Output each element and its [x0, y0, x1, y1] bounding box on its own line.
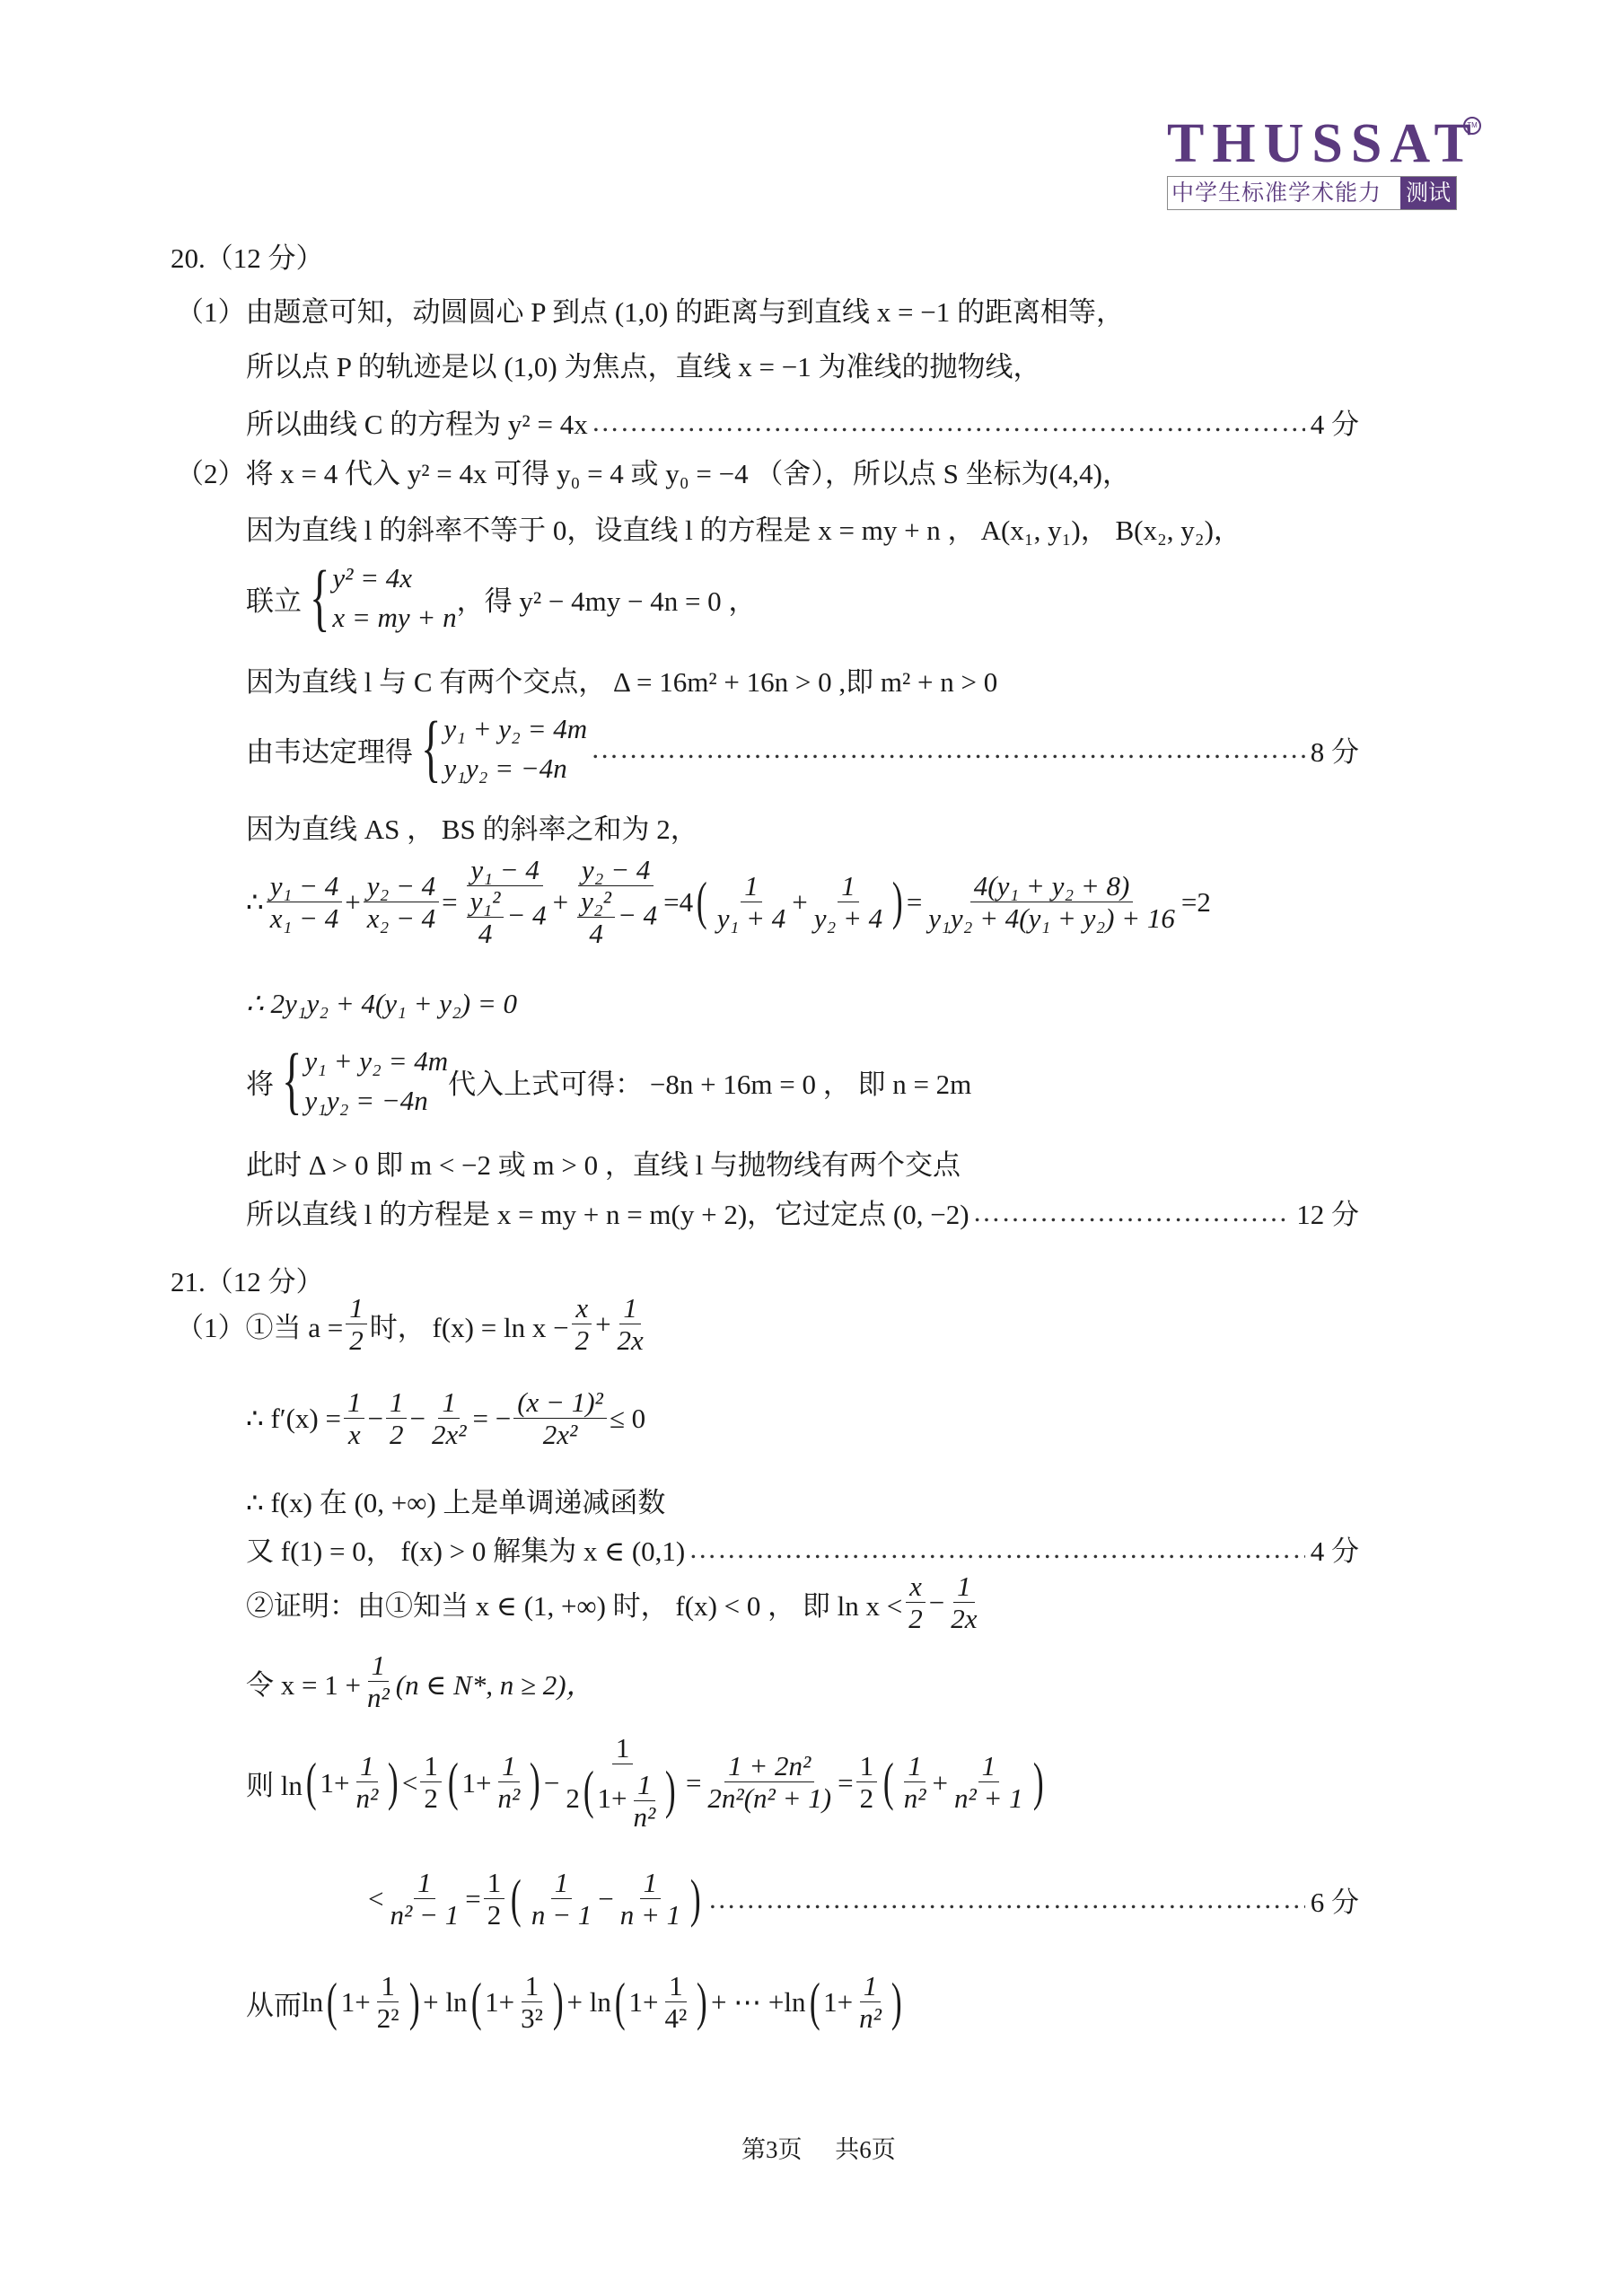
- fraction: 12x²: [428, 1387, 470, 1451]
- dot-leader: ……………………………………………………………………………………………………………: [689, 1533, 1305, 1565]
- text: 令 x = 1 +: [246, 1662, 361, 1702]
- fraction: 12: [856, 1751, 878, 1815]
- score-mark: 4 分: [1311, 1528, 1359, 1569]
- fraction: 12(1+1n²): [562, 1733, 683, 1833]
- system-row: y₁ + y₂ = 4m: [443, 709, 587, 749]
- p20-part1-line1: （1）由题意可知，动圆圆心 P 到点 (1,0) 的距离与到直线 x = −1 …: [176, 289, 1124, 330]
- fraction: 4(y₁ + y₂ + 8)y₁y₂ + 4(y₁ + y₂) + 16: [925, 871, 1179, 935]
- fraction: y₂ − 4y₂²4− 4: [571, 855, 661, 950]
- fraction: 12: [420, 1751, 442, 1815]
- p20-slope-equation: ∴ y₁ − 4x₁ − 4+ y₂ − 4x₂ − 4= y₁ − 4y₁²4…: [246, 855, 1211, 950]
- system-row: x = my + n: [332, 598, 456, 638]
- text: <: [402, 1767, 417, 1799]
- therefore-symbol: ∴: [246, 886, 264, 919]
- coefficient: 4: [680, 886, 694, 919]
- fraction: 12: [346, 1293, 367, 1357]
- fraction: x2: [905, 1571, 926, 1635]
- fraction: 1n²: [364, 1650, 393, 1714]
- trademark-icon: TM: [1463, 117, 1481, 135]
- text: 由韦达定理得: [246, 729, 413, 770]
- text: +: [595, 1308, 610, 1341]
- p20-part2-line6: 因为直线 AS ， BS 的斜率之和为 2，: [246, 806, 698, 847]
- dot-leader: ……………………………………………………………………………………………………………: [591, 733, 1305, 765]
- fraction: y₁ − 4y₁²4− 4: [461, 855, 550, 950]
- text: ②证明：由①知当 x ∈ (1, +∞) 时， f(x) < 0 ， 即 ln …: [246, 1583, 902, 1623]
- system-row: y₁y₂ = −4n: [304, 1081, 448, 1121]
- text: 时， f(x) = ln x −: [370, 1305, 569, 1345]
- ellipsis: + ⋯ +: [711, 1986, 784, 2019]
- fraction: 12: [386, 1387, 408, 1451]
- text: （1）①当 a =: [176, 1305, 343, 1345]
- p21-line2: ∴ f′(x) = 1x− 12− 12x²= − (x − 1)²2x² ≤ …: [246, 1387, 645, 1451]
- score-mark: 6 分: [1311, 1879, 1359, 1920]
- p20-part2-line7: 将 { y₁ + y₂ = 4m y₁y₂ = −4n 代入上式可得： −8n …: [246, 1042, 971, 1121]
- system-row: y² = 4x: [332, 559, 456, 598]
- system-row: y₁y₂ = −4n: [443, 749, 587, 788]
- fraction: y₂ − 4x₂ − 4: [364, 871, 439, 935]
- page-total: 共6页: [835, 2136, 896, 2163]
- text: (n ∈ N*, n ≥ 2)，: [396, 1662, 594, 1702]
- p20-part2-line1: （2）将 x = 4 代入 y² = 4x 可得 y₀ = 4 或 y₀ = −…: [176, 451, 1130, 491]
- text: 则 ln: [246, 1763, 303, 1803]
- dot-leader: ……………………………………………………………………………………………………………: [592, 406, 1305, 438]
- p20-part2-line5: 由韦达定理得 { y₁ + y₂ = 4m y₁y₂ = −4n ……………………: [246, 709, 1359, 788]
- fraction: (x − 1)²2x²: [513, 1387, 607, 1451]
- text: ≤ 0: [610, 1403, 645, 1435]
- text: ，得 y² − 4my − 4n = 0 ，: [457, 578, 757, 619]
- p21-line3: ∴ f(x) 在 (0, +∞) 上是单调递减函数: [246, 1480, 665, 1520]
- text: 联立: [246, 578, 302, 619]
- fraction: 1n − 1: [528, 1868, 595, 1931]
- page-footer: 第3页 共6页: [741, 2130, 923, 2165]
- logo-subtitle-highlight: 测试: [1400, 177, 1456, 209]
- fraction: 1n² − 1: [386, 1868, 462, 1931]
- logo-subtitle-box: 中学生标准学术能力 测试: [1167, 176, 1457, 210]
- text: 又 f(1) = 0， f(x) > 0 解集为 x ∈ (0,1): [246, 1528, 685, 1569]
- p21-line9: 从而 ln(1+12²)+ ln(1+13²)+ ln(1+14²) + ⋯ +…: [246, 1971, 906, 2035]
- logo-subtitle: 中学生标准学术能力: [1168, 177, 1400, 209]
- curve-equation: 所以曲线 C 的方程为 y² = 4x: [246, 401, 588, 442]
- score-mark: 8 分: [1311, 729, 1359, 770]
- fraction: 1y₂ + 4: [811, 871, 886, 935]
- p20-part2-line8: 此时 Δ > 0 即 m < −2 或 m > 0 ，直线 l 与抛物线有两个交…: [246, 1142, 961, 1183]
- system-row: y₁ + y₂ = 4m: [304, 1042, 448, 1081]
- equation-system: { y₁ + y₂ = 4m y₁y₂ = −4n: [274, 1042, 448, 1121]
- fraction: 1x: [344, 1387, 365, 1451]
- p21-line8: < 1n² − 1= 12( 1n − 1− 1n + 1) …………………………: [368, 1868, 1359, 1931]
- p20-part2-line9: 所以直线 l 的方程是 x = my + n = m(y + 2)，它过定点 (…: [246, 1192, 1359, 1232]
- p20-part1-line3: 所以曲线 C 的方程为 y² = 4x ………………………………………………………: [246, 401, 1359, 442]
- fraction: 12x: [614, 1293, 647, 1357]
- score-mark: 12 分: [1296, 1192, 1359, 1232]
- text: 所以直线 l 的方程是 x = my + n = m(y + 2)，它过定点 (…: [246, 1192, 969, 1232]
- p21-line6: 令 x = 1 + 1n² (n ∈ N*, n ≥ 2)，: [246, 1650, 594, 1714]
- text: 将: [246, 1061, 274, 1102]
- score-mark: 4 分: [1311, 401, 1359, 442]
- result: 2: [1197, 886, 1211, 919]
- fraction: x2: [572, 1293, 593, 1357]
- fraction: 1n²: [900, 1751, 930, 1815]
- fraction: 1n²: [352, 1751, 382, 1815]
- equation-system: { y² = 4x x = my + n: [302, 559, 457, 638]
- page-number: 第3页: [741, 2136, 803, 2163]
- problem-20-header: 20.（12 分）: [171, 235, 324, 276]
- fraction: 1y₁ + 4: [714, 871, 789, 935]
- fraction: 14²: [662, 1971, 691, 2035]
- text: 代入上式可得： −8n + 16m = 0 ， 即 n = 2m: [448, 1061, 971, 1102]
- text: 从而: [246, 1983, 302, 2023]
- fraction: y₁ − 4x₁ − 4: [267, 871, 342, 935]
- fraction: 12²: [373, 1971, 403, 2035]
- equation-system: { y₁ + y₂ = 4m y₁y₂ = −4n: [413, 709, 587, 788]
- fraction: 12: [484, 1868, 505, 1931]
- fraction: 1n² + 1: [951, 1751, 1027, 1815]
- logo-wordmark: THUSSAT: [1167, 115, 1490, 172]
- p21-line5: ②证明：由①知当 x ∈ (1, +∞) 时， f(x) < 0 ， 即 ln …: [246, 1571, 983, 1635]
- p21-line4: 又 f(1) = 0， f(x) > 0 解集为 x ∈ (0,1) ………………: [246, 1528, 1359, 1569]
- p20-part2-line3: 联立 { y² = 4x x = my + n ，得 y² − 4my − 4n…: [246, 559, 756, 638]
- fraction: 1n²: [855, 1971, 885, 2035]
- p20-part2-line2: 因为直线 l 的斜率不等于 0，设直线 l 的方程是 x = my + n ， …: [246, 507, 1241, 548]
- p21-line7: 则 ln(1+ 1n²) < 12(1+ 1n²)− 12(1+1n²)= 1 …: [246, 1733, 1047, 1833]
- fraction: 12x: [947, 1571, 980, 1635]
- fraction: 1 + 2n²2n²(n² + 1): [704, 1751, 835, 1815]
- p21-line1: （1）①当 a = 12 时， f(x) = ln x − x2 + 12x: [176, 1293, 650, 1357]
- text: ∴ f′(x) =: [246, 1403, 341, 1435]
- p20-part2-line4: 因为直线 l 与 C 有两个交点， Δ = 16m² + 16n > 0 ,即 …: [246, 659, 997, 699]
- text: <: [368, 1883, 383, 1915]
- dot-leader: ……………………………………………………………………………………………………………: [708, 1883, 1305, 1915]
- fraction: 1n + 1: [617, 1868, 684, 1931]
- thussat-logo: THUSSAT TM 中学生标准学术能力 测试: [1167, 115, 1490, 210]
- p20-equation-2: ∴ 2y₁y₂ + 4(y₁ + y₂) = 0: [246, 988, 517, 1020]
- fraction: 13²: [517, 1971, 547, 2035]
- p20-part1-line2: 所以点 P 的轨迹是以 (1,0) 为焦点，直线 x = −1 为准线的抛物线，: [246, 344, 1040, 384]
- dot-leader: ……………………………………………………………………………………………………………: [973, 1196, 1292, 1228]
- fraction: 1n²: [495, 1751, 524, 1815]
